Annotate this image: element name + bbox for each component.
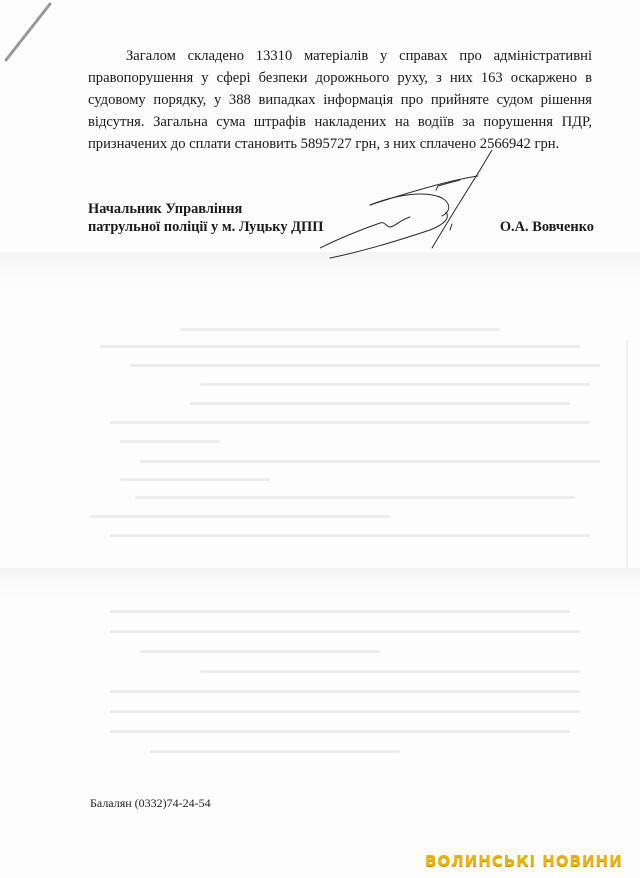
body-paragraph-text: Загалом складено 13310 матеріалів у спра… xyxy=(88,45,592,155)
page-fold xyxy=(0,568,640,598)
contact-line: Балалян (0332)74-24-54 xyxy=(90,796,211,811)
scan-edge-line xyxy=(626,340,628,590)
bleed-through-text xyxy=(0,240,640,780)
watermark-logo: ВОЛИНСЬКІ НОВИНИ xyxy=(425,852,623,870)
signatory-name: О.А. Вовченко xyxy=(500,218,594,236)
scan-artifact-line xyxy=(0,0,80,80)
handwritten-signature xyxy=(320,150,500,260)
body-paragraph: Загалом складено 13310 матеріалів у спра… xyxy=(88,45,592,155)
